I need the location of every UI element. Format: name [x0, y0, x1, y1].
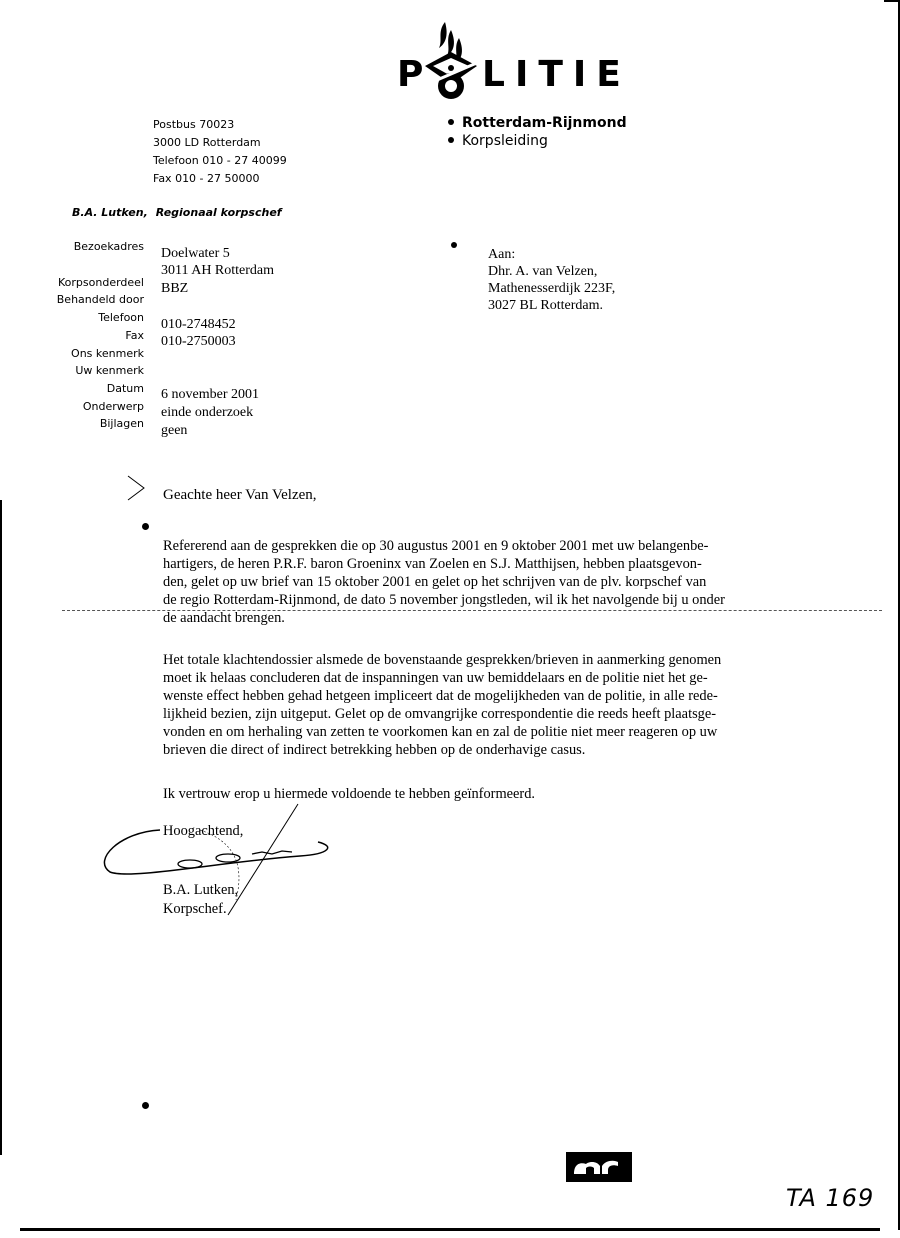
value-datum: 6 november 2001 — [161, 387, 259, 403]
label-onderwerp: Onderwerp — [83, 400, 144, 413]
letter-page: P LITIE Rotterdam-Rijnmond Korpsleiding … — [0, 0, 900, 1238]
handwritten-note: TA 169 — [786, 1184, 874, 1212]
label-behandeld-door: Behandeld door — [57, 293, 144, 306]
bullet-icon — [448, 119, 454, 125]
postal-line: 3000 LD Rotterdam — [153, 134, 287, 152]
signature-name: B.A. Lutken, — [163, 881, 238, 900]
value-fax: 010-2750003 — [161, 334, 236, 350]
letterhead-signer: B.A. Lutken,Regionaal korpschef — [72, 206, 282, 219]
footer-mark-icon — [566, 1152, 632, 1182]
addressee-block: Aan: Dhr. A. van Velzen, Mathenesserdijk… — [488, 246, 615, 314]
bullet-icon — [142, 523, 149, 530]
postal-line: Fax 010 - 27 50000 — [153, 170, 287, 188]
label-telefoon: Telefoon — [98, 311, 144, 324]
postal-line: Postbus 70023 — [153, 116, 287, 134]
signer-name: B.A. Lutken, — [72, 206, 148, 219]
paragraph-1: Refererend aan de gesprekken die op 30 a… — [163, 537, 843, 627]
value-address-line2: 3011 AH Rotterdam — [161, 263, 274, 279]
scan-border-left — [0, 500, 2, 1155]
logo-wordmark: LITIE — [482, 54, 631, 95]
value-bijlagen: geen — [161, 423, 187, 439]
bullet-icon — [451, 242, 457, 248]
addressee-line: Dhr. A. van Velzen, — [488, 263, 615, 280]
addressee-line: 3027 BL Rotterdam. — [488, 297, 615, 314]
postal-address: Postbus 70023 3000 LD Rotterdam Telefoon… — [153, 116, 287, 188]
label-bezoekadres: Bezoekadres — [74, 240, 144, 253]
bullet-icon — [448, 137, 454, 143]
signer-title: Regionaal korpschef — [156, 206, 282, 219]
value-korpsonderdeel: BBZ — [161, 281, 188, 297]
region-name: Rotterdam-Rijnmond — [462, 115, 627, 131]
chevron-right-icon — [124, 474, 148, 502]
label-fax: Fax — [125, 329, 144, 342]
signature-block: B.A. Lutken, Korpschef. — [163, 881, 238, 919]
addressee-line: Mathenesserdijk 223F, — [488, 280, 615, 297]
paragraph-2: Het totale klachtendossier alsmede de bo… — [163, 651, 843, 759]
scan-border-bottom — [20, 1228, 880, 1231]
postal-line: Telefoon 010 - 27 40099 — [153, 152, 287, 170]
value-onderwerp: einde onderzoek — [161, 405, 253, 421]
label-korpsonderdeel: Korpsonderdeel — [58, 276, 144, 289]
logo-initial: P — [397, 54, 423, 95]
addressee-line: Aan: — [488, 246, 615, 263]
salutation: Geachte heer Van Velzen, — [163, 487, 317, 504]
department-name: Korpsleiding — [462, 133, 548, 149]
label-bijlagen: Bijlagen — [100, 417, 144, 430]
fold-mark-line — [62, 610, 882, 611]
label-datum: Datum — [107, 382, 144, 395]
region-block: Rotterdam-Rijnmond Korpsleiding — [448, 114, 627, 150]
value-telefoon: 010-2748452 — [161, 317, 236, 333]
label-ons-kenmerk: Ons kenmerk — [71, 347, 144, 360]
label-uw-kenmerk: Uw kenmerk — [75, 364, 144, 377]
value-address-line1: Doelwater 5 — [161, 246, 230, 262]
police-emblem-icon — [423, 22, 481, 102]
signature-title: Korpschef. — [163, 900, 238, 919]
bullet-icon — [142, 1102, 149, 1109]
